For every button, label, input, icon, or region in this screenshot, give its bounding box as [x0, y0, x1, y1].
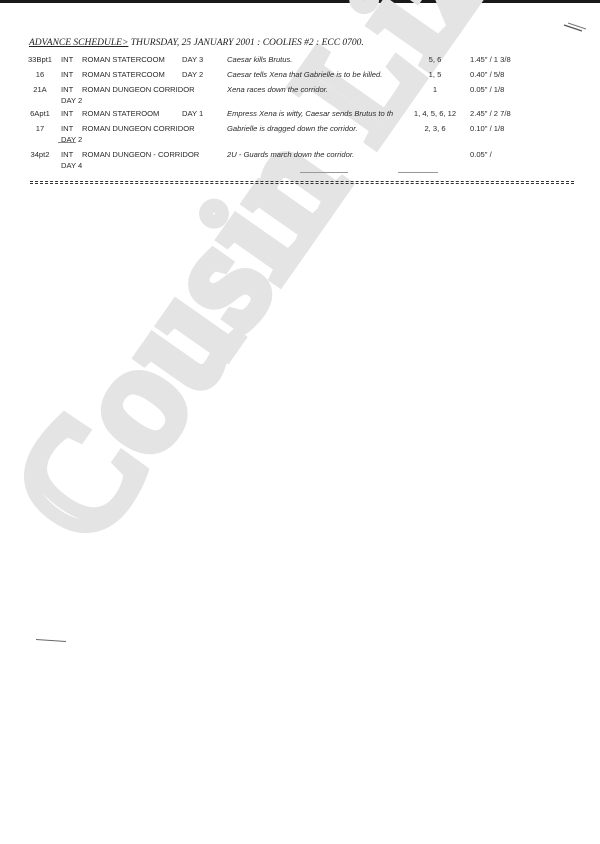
scene-number: 6Apt1 [20, 109, 60, 118]
schedule-row: 17INTROMAN DUNGEON CORRIDORDAY 2Gabriell… [0, 124, 600, 144]
page-length: 1.45" / 1 3/8 [470, 55, 511, 64]
int-ext: INT [61, 109, 73, 118]
location: ROMAN STATEROOM [82, 109, 159, 118]
story-day: DAY 2 [182, 70, 203, 79]
scene-number: 16 [20, 70, 60, 79]
location: ROMAN DUNGEON - CORRIDOR [82, 150, 199, 159]
schedule-row: 21AINTROMAN DUNGEON CORRIDORDAY 2Xena ra… [0, 85, 600, 105]
scene-description: Empress Xena is witty, Caesar sends Brut… [227, 109, 409, 118]
location: ROMAN DUNGEON CORRIDOR [82, 124, 195, 133]
scan-smudge [36, 639, 66, 642]
location: ROMAN DUNGEON CORRIDOR [82, 85, 195, 94]
cast-numbers: 1, 4, 5, 6, 12 [410, 109, 460, 118]
cast-numbers: 1, 5 [410, 70, 460, 79]
scan-smudge [300, 172, 348, 173]
scene-description: 2U - Guards march down the corridor. [227, 150, 409, 159]
int-ext: INT [61, 55, 73, 64]
page-length: 2.45" / 2 7/8 [470, 109, 511, 118]
story-day-wrapped: DAY 4 [61, 161, 82, 170]
cast-numbers: 5, 6 [410, 55, 460, 64]
story-day-wrapped: DAY 2 [61, 96, 82, 105]
scene-number: 33Bpt1 [20, 55, 60, 64]
page-length: 0.40" / 5/8 [470, 70, 504, 79]
story-day: DAY 1 [182, 109, 203, 118]
scene-description: Gabrielle is dragged down the corridor. [227, 124, 409, 133]
scan-smudge [398, 172, 438, 173]
page-length: 0.10" / 1/8 [470, 124, 504, 133]
scene-description: Caesar tells Xena that Gabrielle is to b… [227, 70, 409, 79]
dashed-divider [30, 181, 574, 184]
page-length: 0.05" / [470, 150, 492, 159]
location: ROMAN STATERCOOM [82, 55, 165, 64]
page-length: 0.05" / 1/8 [470, 85, 504, 94]
scene-number: 21A [20, 85, 60, 94]
int-ext: INT [61, 150, 73, 159]
story-day: DAY 3 [182, 55, 203, 64]
cast-numbers: 1 [410, 85, 460, 94]
scene-number: 17 [20, 124, 60, 133]
int-ext: INT [61, 85, 73, 94]
scene-description: Caesar kills Brutus. [227, 55, 409, 64]
int-ext: INT [61, 70, 73, 79]
schedule-header-lead: ADVANCE SCHEDULE> [29, 38, 128, 48]
scan-smudge [58, 142, 76, 143]
int-ext: INT [61, 124, 73, 133]
pen-mark-icon [562, 22, 588, 34]
scan-edge [0, 0, 600, 3]
cast-numbers: 2, 3, 6 [410, 124, 460, 133]
schedule-header-details: THURSDAY, 25 JANUARY 2001 : COOLIES #2 :… [128, 38, 363, 48]
schedule-header: ADVANCE SCHEDULE> THURSDAY, 25 JANUARY 2… [29, 38, 364, 48]
location: ROMAN STATERCOOM [82, 70, 165, 79]
schedule-row: 34pt2INTROMAN DUNGEON - CORRIDORDAY 42U … [0, 150, 600, 170]
scene-description: Xena races down the corridor. [227, 85, 409, 94]
scene-number: 34pt2 [20, 150, 60, 159]
